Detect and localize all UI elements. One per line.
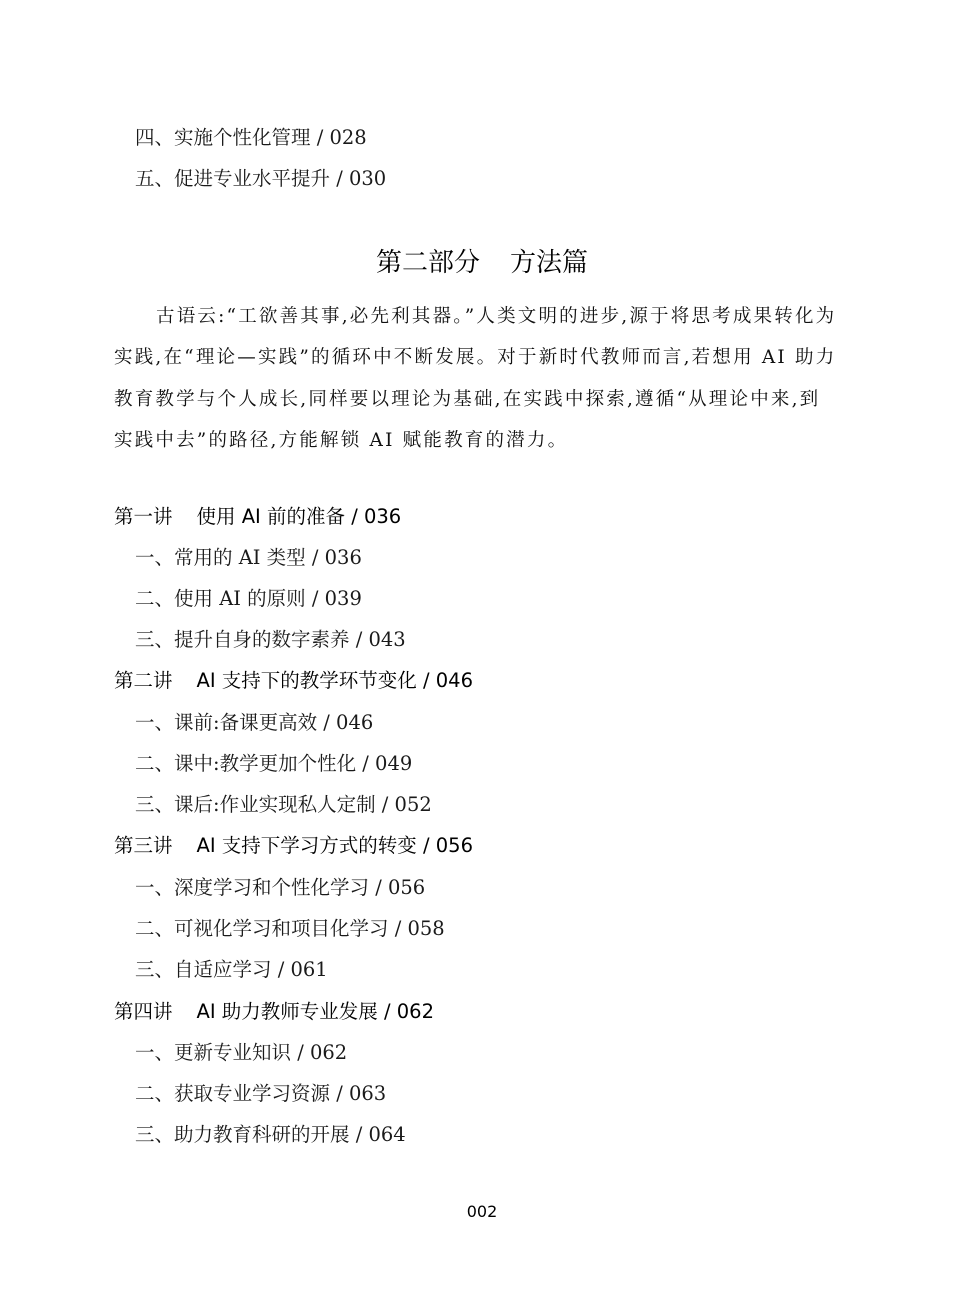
lecture-title: 使用 AI 前的准备 / 036 [197, 505, 402, 528]
toc-entry[interactable]: 一、深度学习和个性化学习 / 056 [135, 878, 425, 898]
page-number: 002 [0, 1204, 964, 1220]
toc-entry[interactable]: 二、可视化学习和项目化学习 / 058 [135, 919, 445, 939]
toc-entry[interactable]: 一、常用的 AI 类型 / 036 [135, 548, 362, 568]
intro-line: 实践,在“理论—实践”的循环中不断发展。对于新时代教师而言,若想用 AI 助力 [114, 337, 850, 378]
lecture-number: 第一讲 [114, 505, 173, 528]
toc-entry[interactable]: 一、课前:备课更高效 / 046 [135, 713, 373, 733]
toc-entry[interactable]: 二、使用 AI 的原则 / 039 [135, 589, 362, 609]
part-number: 第二部分 [376, 248, 480, 278]
toc-entry[interactable]: 四、实施个性化管理 / 028 [135, 128, 367, 148]
toc-entry[interactable]: 三、提升自身的数字素养 / 043 [135, 630, 406, 650]
toc-entry[interactable]: 三、自适应学习 / 061 [135, 960, 328, 980]
toc-entry[interactable]: 三、助力教育科研的开展 / 064 [135, 1125, 406, 1145]
lecture-number: 第四讲 [114, 1000, 173, 1023]
lecture-number: 第三讲 [114, 834, 173, 857]
lecture-title: AI 助力教师专业发展 / 062 [197, 1000, 434, 1023]
toc-entry[interactable]: 二、获取专业学习资源 / 063 [135, 1084, 386, 1104]
intro-line: 古语云:“工欲善其事,必先利其器。”人类文明的进步,源于将思考成果转化为 [114, 296, 850, 337]
toc-page: 四、实施个性化管理 / 028 五、促进专业水平提升 / 030 第二部分方法篇… [0, 0, 964, 1302]
toc-entry[interactable]: 一、更新专业知识 / 062 [135, 1043, 347, 1063]
intro-line: 实践中去”的路径,方能解锁 AI 赋能教育的潜力。 [114, 420, 850, 461]
lecture-title: AI 支持下的教学环节变化 / 046 [197, 669, 473, 692]
intro-line: 教育教学与个人成长,同样要以理论为基础,在实践中探索,遵循“从理论中来,到 [114, 379, 850, 420]
toc-lecture-heading[interactable]: 第四讲AI 助力教师专业发展 / 062 [114, 1002, 434, 1022]
lecture-title: AI 支持下学习方式的转变 / 056 [197, 834, 473, 857]
part-intro-paragraph: 古语云:“工欲善其事,必先利其器。”人类文明的进步,源于将思考成果转化为 实践,… [114, 296, 850, 461]
toc-lecture-heading[interactable]: 第二讲AI 支持下的教学环节变化 / 046 [114, 671, 473, 691]
toc-entry[interactable]: 二、课中:教学更加个性化 / 049 [135, 754, 412, 774]
toc-lecture-heading[interactable]: 第一讲使用 AI 前的准备 / 036 [114, 507, 401, 527]
toc-entry[interactable]: 五、促进专业水平提升 / 030 [135, 169, 386, 189]
lecture-number: 第二讲 [114, 669, 173, 692]
part-title: 第二部分方法篇 [0, 250, 964, 276]
toc-entry[interactable]: 三、课后:作业实现私人定制 / 052 [135, 795, 432, 815]
part-name: 方法篇 [510, 248, 588, 278]
toc-lecture-heading[interactable]: 第三讲AI 支持下学习方式的转变 / 056 [114, 836, 473, 856]
